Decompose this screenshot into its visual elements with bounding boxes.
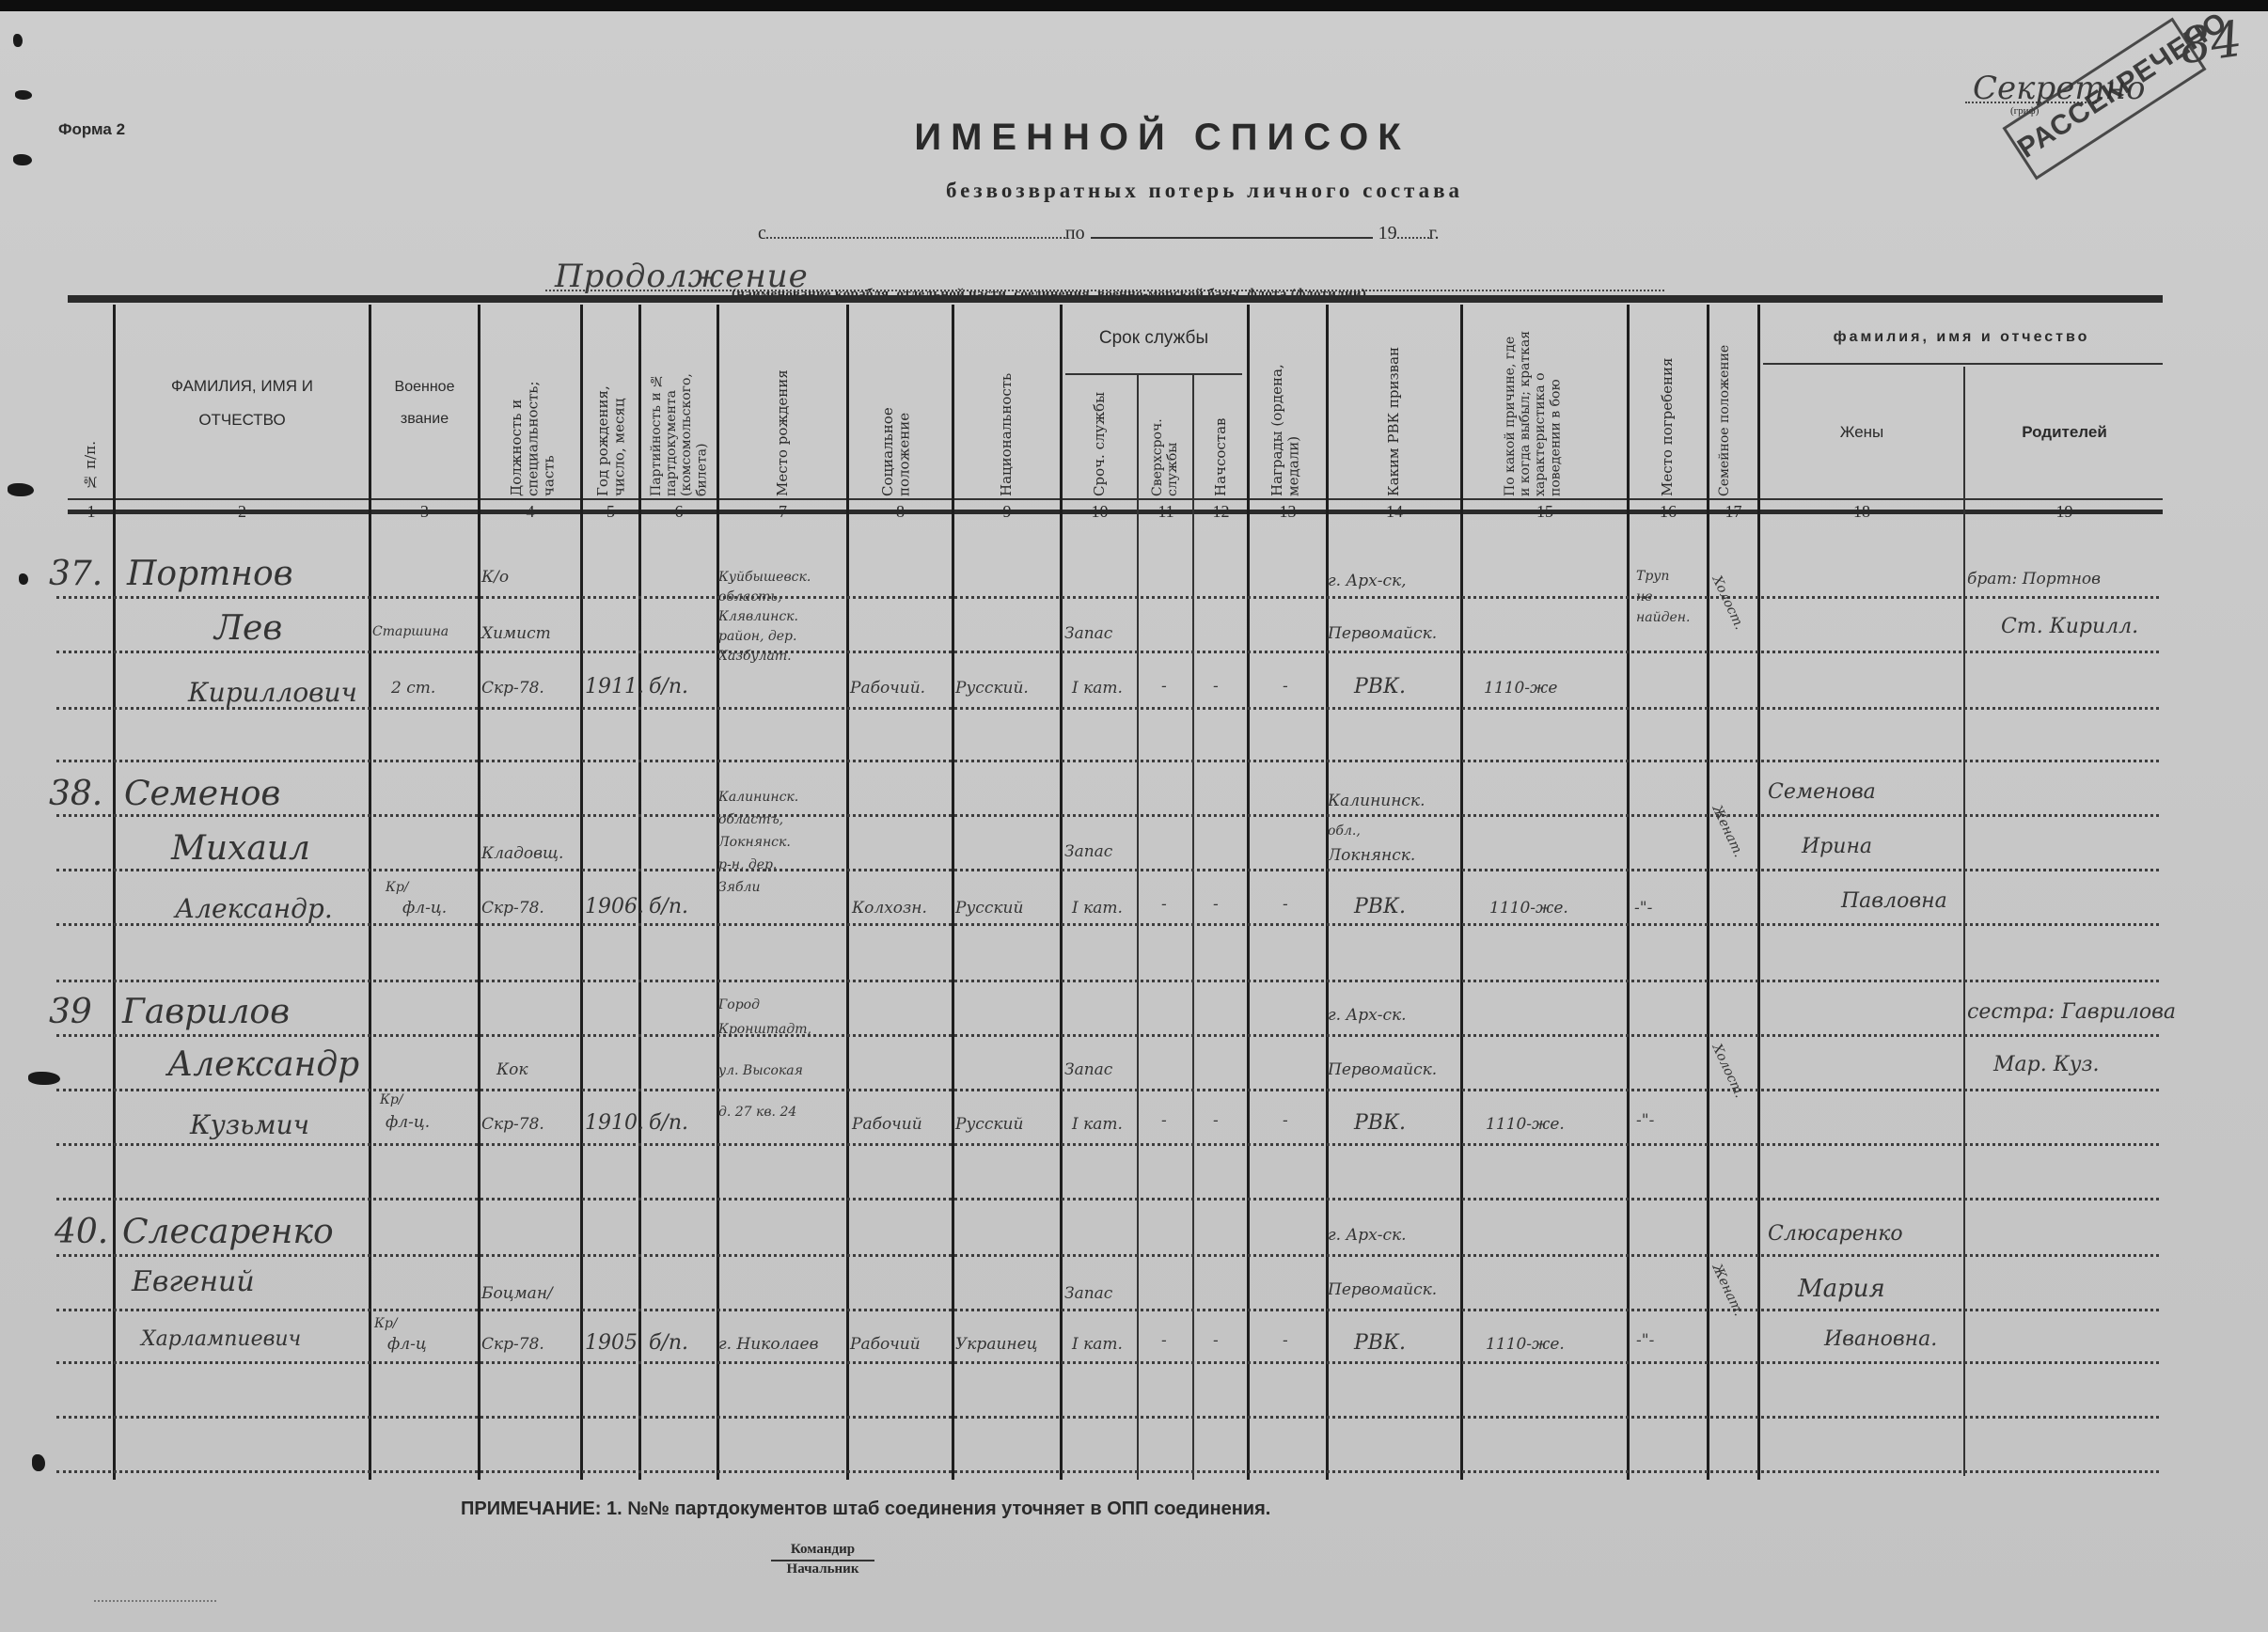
social-status: Колхозн.	[852, 899, 927, 918]
column-divider	[478, 305, 480, 1480]
birth-year: 1911.	[585, 675, 644, 698]
writing-line	[56, 1254, 2159, 1257]
col-number: 13	[1250, 502, 1326, 522]
document-subtitle: безвозвратных потерь личного состава	[0, 179, 2268, 203]
position: К/о	[481, 568, 509, 587]
writing-line	[56, 923, 2159, 926]
extended-service: -	[1161, 1111, 1167, 1130]
birthplace: г. Николаев	[718, 1335, 818, 1354]
rvk: обл.,	[1328, 824, 1361, 839]
surname: Слесаренко	[122, 1213, 334, 1251]
col-header-14: Каким РВК призван	[1329, 322, 1460, 496]
period-line: с по 19 г.	[758, 223, 1491, 244]
military-rank: фл-ц.	[386, 1113, 430, 1132]
signature-chief-label: Начальник	[771, 1561, 874, 1577]
writing-line	[56, 707, 2159, 710]
row-number: 40.	[55, 1213, 108, 1251]
first-name: Евгений	[132, 1265, 255, 1298]
rvk: РВК.	[1354, 675, 1406, 698]
awards: -	[1283, 1111, 1288, 1130]
col-number: 18	[1760, 502, 1963, 522]
parents-name: сестра: Гаврилова	[1967, 1000, 2176, 1024]
military-rank: Кр/	[380, 1092, 403, 1107]
row-number: 37.	[49, 555, 102, 593]
period-to-field	[1091, 224, 1373, 239]
col-header-19: Родителей	[1966, 369, 2163, 496]
loss-reason: 1110-же.	[1486, 1115, 1565, 1134]
col-number: 19	[1966, 502, 2163, 522]
col-header-7: Место рождения	[719, 322, 846, 496]
column-divider	[580, 305, 583, 1480]
awards: -	[1283, 677, 1288, 696]
nationality: Украинец	[955, 1335, 1038, 1354]
col-number: 12	[1195, 502, 1247, 522]
footnote: ПРИМЕЧАНИЕ: 1. №№ партдокументов штаб со…	[461, 1499, 1270, 1520]
col-header-9: Национальность	[954, 322, 1060, 496]
surname: Портнов	[127, 555, 293, 593]
position: Химист	[481, 624, 551, 643]
writing-line	[56, 651, 2159, 653]
punch-hole-mark	[19, 573, 28, 585]
col-header-2: ФАМИЛИЯ, ИМЯ И ОТЧЕСТВО	[116, 310, 369, 496]
parents-name: Ст. Кирилл.	[2001, 615, 2138, 638]
col-header-12: Начсостав	[1195, 378, 1247, 496]
col-header-8: Социальное положение	[849, 322, 952, 496]
period-to-label: по	[1065, 223, 1085, 244]
loss-reason: 1110-же.	[1489, 899, 1568, 918]
writing-line	[56, 1198, 2159, 1200]
patronymic: Кузьмич	[190, 1109, 309, 1140]
rvk: г. Арх-ск,	[1328, 572, 1407, 590]
wife-name: Ирина	[1802, 835, 1872, 858]
loss-reason: 1110-же.	[1486, 1335, 1565, 1354]
rvk: РВК.	[1354, 895, 1406, 918]
writing-line	[56, 760, 2159, 762]
party-membership: б/п.	[649, 1111, 688, 1135]
extended-service: -	[1161, 895, 1167, 914]
column-divider	[638, 305, 641, 1480]
unit: Скр-78.	[481, 899, 544, 918]
col-group-family: фамилия, имя и отчество	[1760, 314, 2163, 361]
writing-line	[56, 980, 2159, 982]
punch-hole-mark	[15, 90, 32, 100]
military-rank: фл-ц.	[402, 899, 447, 918]
service-term: Запас	[1064, 624, 1112, 643]
birthplace: ГородКронштадт,ул. Высокаяд. 27 кв. 24	[718, 993, 811, 1124]
col-header-6: Партийность и № партдокумента (комсомоль…	[645, 322, 713, 496]
burial-place: Трупненайден.	[1636, 566, 1690, 628]
punch-hole-mark	[28, 1072, 60, 1085]
family-status: Женат.	[1709, 803, 1746, 860]
birth-year: 1910.	[585, 1111, 644, 1135]
military-rank: Кр/	[386, 880, 409, 895]
burial-place: -"-	[1636, 1331, 1654, 1350]
col-header-1: № п/п.	[70, 310, 113, 496]
col-header-18: Жены	[1760, 369, 1963, 496]
service-category: I кат.	[1072, 899, 1123, 918]
burial-place: -"-	[1636, 1111, 1654, 1130]
col-number: 11	[1140, 502, 1192, 522]
wife-name: Слюсаренко	[1768, 1222, 1903, 1246]
col-number: 6	[641, 502, 717, 522]
nationality: Русский.	[955, 679, 1029, 698]
col-header-16: Место погребения	[1630, 322, 1707, 496]
awards: -	[1283, 895, 1288, 914]
col-number: 7	[719, 502, 846, 522]
position: Кладовщ.	[481, 844, 563, 863]
col-header-5: Год рождения, число, месяц	[587, 322, 636, 496]
party-membership: б/п.	[649, 675, 688, 698]
col-group-service: Срок службы	[1065, 310, 1242, 367]
faint-line	[94, 1600, 216, 1602]
col-number: 10	[1063, 502, 1137, 522]
social-status: Рабочий.	[850, 679, 925, 698]
row-number: 38.	[49, 775, 102, 813]
parents-name: Мар. Куз.	[1993, 1053, 2100, 1076]
unit: Скр-78.	[481, 679, 544, 698]
nationality: Русский	[955, 899, 1023, 918]
col-header-15: По какой причине, где и когда выбыл; кра…	[1463, 322, 1627, 496]
loss-reason: 1110-же	[1484, 679, 1557, 698]
rvk: Первомайск.	[1328, 624, 1437, 643]
table-top-rule	[68, 295, 2163, 303]
social-status: Рабочий	[852, 1115, 922, 1134]
command-staff: -	[1213, 677, 1219, 696]
burial-place: -"-	[1634, 899, 1652, 918]
military-rank: 2 ст.	[391, 679, 435, 698]
command-staff: -	[1213, 1331, 1219, 1350]
col-header-17: Семейное положение	[1709, 322, 1757, 496]
service-term: Запас	[1064, 1060, 1112, 1079]
col-header-4: Должность и специальность; часть	[489, 322, 577, 496]
header-num-rule	[68, 498, 2163, 500]
nationality: Русский	[955, 1115, 1023, 1134]
punch-hole-mark	[8, 483, 34, 496]
writing-line	[56, 1089, 2159, 1091]
writing-line	[56, 869, 2159, 871]
rvk: РВК.	[1354, 1111, 1406, 1135]
col-number: 3	[371, 502, 478, 522]
document-page: Форма 2 ИМЕННОЙ СПИСОК безвозвратных пот…	[0, 11, 2268, 1632]
extended-service: -	[1161, 1331, 1167, 1350]
party-membership: б/п.	[649, 1331, 688, 1355]
birth-year: 1906.	[585, 895, 644, 918]
birthplace: Калининск.областъ,Локнянск.р-н, дер.Зябл…	[718, 786, 798, 899]
family-group-rule	[1763, 363, 2163, 365]
period-from-label: с	[758, 223, 766, 244]
punch-hole-mark	[13, 34, 23, 47]
writing-line	[56, 814, 2159, 817]
parents-name: брат: Портнов	[1967, 570, 2101, 588]
birthplace: Куйбышевск.область,Клявлинск.район, дер.…	[718, 568, 811, 667]
service-category: I кат.	[1072, 679, 1123, 698]
wife-name: Ивановна.	[1824, 1327, 1937, 1351]
col-number: 1	[70, 502, 113, 522]
social-status: Рабочий	[850, 1335, 921, 1354]
col-number: 16	[1630, 502, 1707, 522]
writing-line	[56, 1470, 2159, 1473]
col-header-11: Сверхсроч. службы	[1140, 378, 1192, 496]
rvk: Калининск.	[1328, 792, 1425, 810]
party-membership: б/п.	[649, 895, 688, 918]
command-staff: -	[1213, 1111, 1219, 1130]
command-staff: -	[1213, 895, 1219, 914]
patronymic: Кириллович	[188, 677, 357, 708]
first-name: Михаил	[171, 829, 310, 868]
column-divider	[1192, 374, 1194, 1480]
writing-line	[56, 1309, 2159, 1311]
rvk: Первомайск.	[1328, 1060, 1437, 1079]
wife-name: Семенова	[1768, 780, 1876, 804]
col-number: 9	[954, 502, 1060, 522]
patronymic: Харлампиевич	[141, 1327, 301, 1351]
writing-line	[56, 1416, 2159, 1419]
writing-line	[56, 1034, 2159, 1037]
wife-name: Павловна	[1841, 889, 1947, 913]
punch-hole-mark	[32, 1454, 45, 1471]
writing-line	[56, 596, 2159, 599]
service-category: I кат.	[1072, 1115, 1123, 1134]
writing-line	[56, 1143, 2159, 1146]
period-year-field	[1397, 224, 1429, 239]
col-number: 17	[1709, 502, 1757, 522]
first-name: Александр	[167, 1045, 359, 1084]
surname: Гаврилов	[122, 993, 290, 1031]
rvk: Локнянск.	[1328, 846, 1415, 865]
extended-service: -	[1161, 677, 1167, 696]
birth-year: 1905	[585, 1331, 638, 1355]
col-header-13: Награды (ордена, медали)	[1250, 322, 1326, 496]
period-year-suffix: г.	[1429, 223, 1440, 244]
military-rank: Кр/	[374, 1316, 398, 1331]
page-number-handwritten: 84	[2176, 11, 2245, 76]
service-group-rule	[1065, 373, 1242, 375]
rvk: РВК.	[1354, 1331, 1406, 1355]
service-category: I кат.	[1072, 1335, 1123, 1354]
rvk: Первомайск.	[1328, 1280, 1437, 1299]
col-number: 5	[583, 502, 638, 522]
rvk: г. Арх-ск.	[1328, 1006, 1407, 1025]
surname: Семенов	[124, 775, 280, 813]
column-divider	[1137, 374, 1139, 1480]
signature-block: Командир Начальник	[771, 1542, 874, 1577]
writing-line	[56, 1361, 2159, 1364]
first-name: Лев	[214, 609, 282, 648]
unit: Скр-78.	[481, 1115, 544, 1134]
col-header-3: Военное звание	[371, 310, 478, 496]
period-from-field	[766, 224, 1065, 239]
row-number: 39	[49, 993, 92, 1031]
scan-top-border	[0, 0, 2268, 11]
col-number: 15	[1463, 502, 1627, 522]
col-header-10: Сроч. службы	[1063, 378, 1137, 496]
awards: -	[1283, 1331, 1288, 1350]
unit: Скр-78.	[481, 1335, 544, 1354]
military-rank: фл-ц	[387, 1335, 427, 1354]
service-term: Запас	[1064, 842, 1112, 861]
signature-commander-label: Командир	[771, 1542, 874, 1561]
col-number: 4	[480, 502, 580, 522]
col-number: 8	[849, 502, 952, 522]
period-year-label: 19	[1378, 223, 1397, 244]
document-title: ИМЕННОЙ СПИСОК	[0, 117, 2268, 159]
col-number: 2	[116, 502, 369, 522]
position: Боцман/	[481, 1284, 553, 1303]
col-number: 14	[1329, 502, 1460, 522]
military-rank: Старшина	[372, 624, 449, 639]
rvk: г. Арх-ск.	[1328, 1226, 1407, 1245]
wife-name: Мария	[1798, 1275, 1885, 1303]
patronymic: Александр.	[175, 893, 333, 924]
position: Кок	[496, 1060, 528, 1079]
family-status: Холост.	[1709, 573, 1746, 632]
service-term: Запас	[1064, 1284, 1112, 1303]
